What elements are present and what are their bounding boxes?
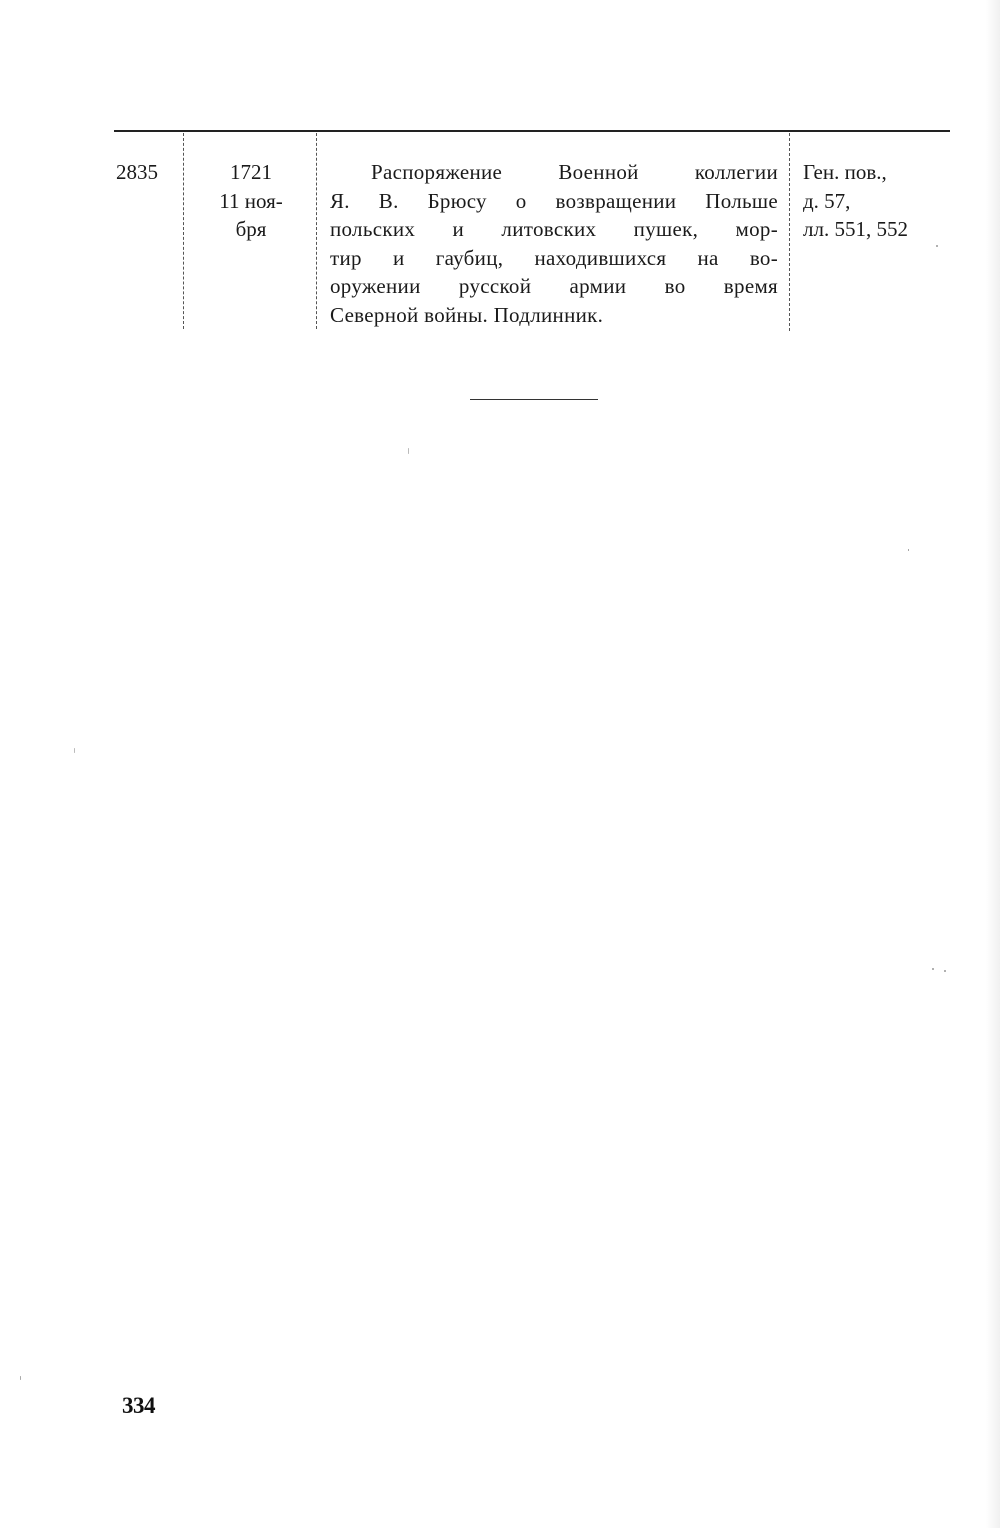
table-top-rule xyxy=(114,130,950,132)
scan-speck xyxy=(908,549,909,551)
scan-edge-shading xyxy=(986,0,1000,1528)
entry-description: Распоряжение Военной коллегии Я. В. Брюс… xyxy=(330,158,778,330)
entry-date: 1721 11 ноя- бря xyxy=(190,158,312,244)
description-line: Распоряжение Военной коллегии xyxy=(330,158,778,187)
source-line: лл. 551, 552 xyxy=(803,215,953,244)
column-divider-description-source xyxy=(789,133,790,331)
description-line: оружении русской армии во время xyxy=(330,272,778,301)
date-year: 1721 xyxy=(190,158,312,187)
section-end-rule xyxy=(470,399,598,400)
description-line: тир и гаубиц, находившихся на во- xyxy=(330,244,778,273)
scan-speck xyxy=(936,245,938,247)
description-line: Я. В. Брюсу о возвращении Польше xyxy=(330,187,778,216)
column-divider-date-description xyxy=(316,133,317,329)
scan-speck xyxy=(20,1376,21,1380)
entry-archive-reference: Ген. пов., д. 57, лл. 551, 552 xyxy=(803,158,953,244)
scan-speck xyxy=(932,968,934,970)
page-number: 334 xyxy=(122,1393,155,1419)
source-line: д. 57, xyxy=(803,187,953,216)
scan-speck xyxy=(74,748,75,753)
scan-speck xyxy=(944,970,946,972)
column-divider-number-date xyxy=(183,133,184,329)
scan-speck xyxy=(408,448,409,454)
date-day-month-part2: бря xyxy=(190,215,312,244)
source-line: Ген. пов., xyxy=(803,158,953,187)
description-line: польских и литовских пушек, мор- xyxy=(330,215,778,244)
description-line: Северной войны. Подлинник. xyxy=(330,301,778,330)
entry-number: 2835 xyxy=(116,158,178,187)
date-day-month-part1: 11 ноя- xyxy=(190,187,312,216)
